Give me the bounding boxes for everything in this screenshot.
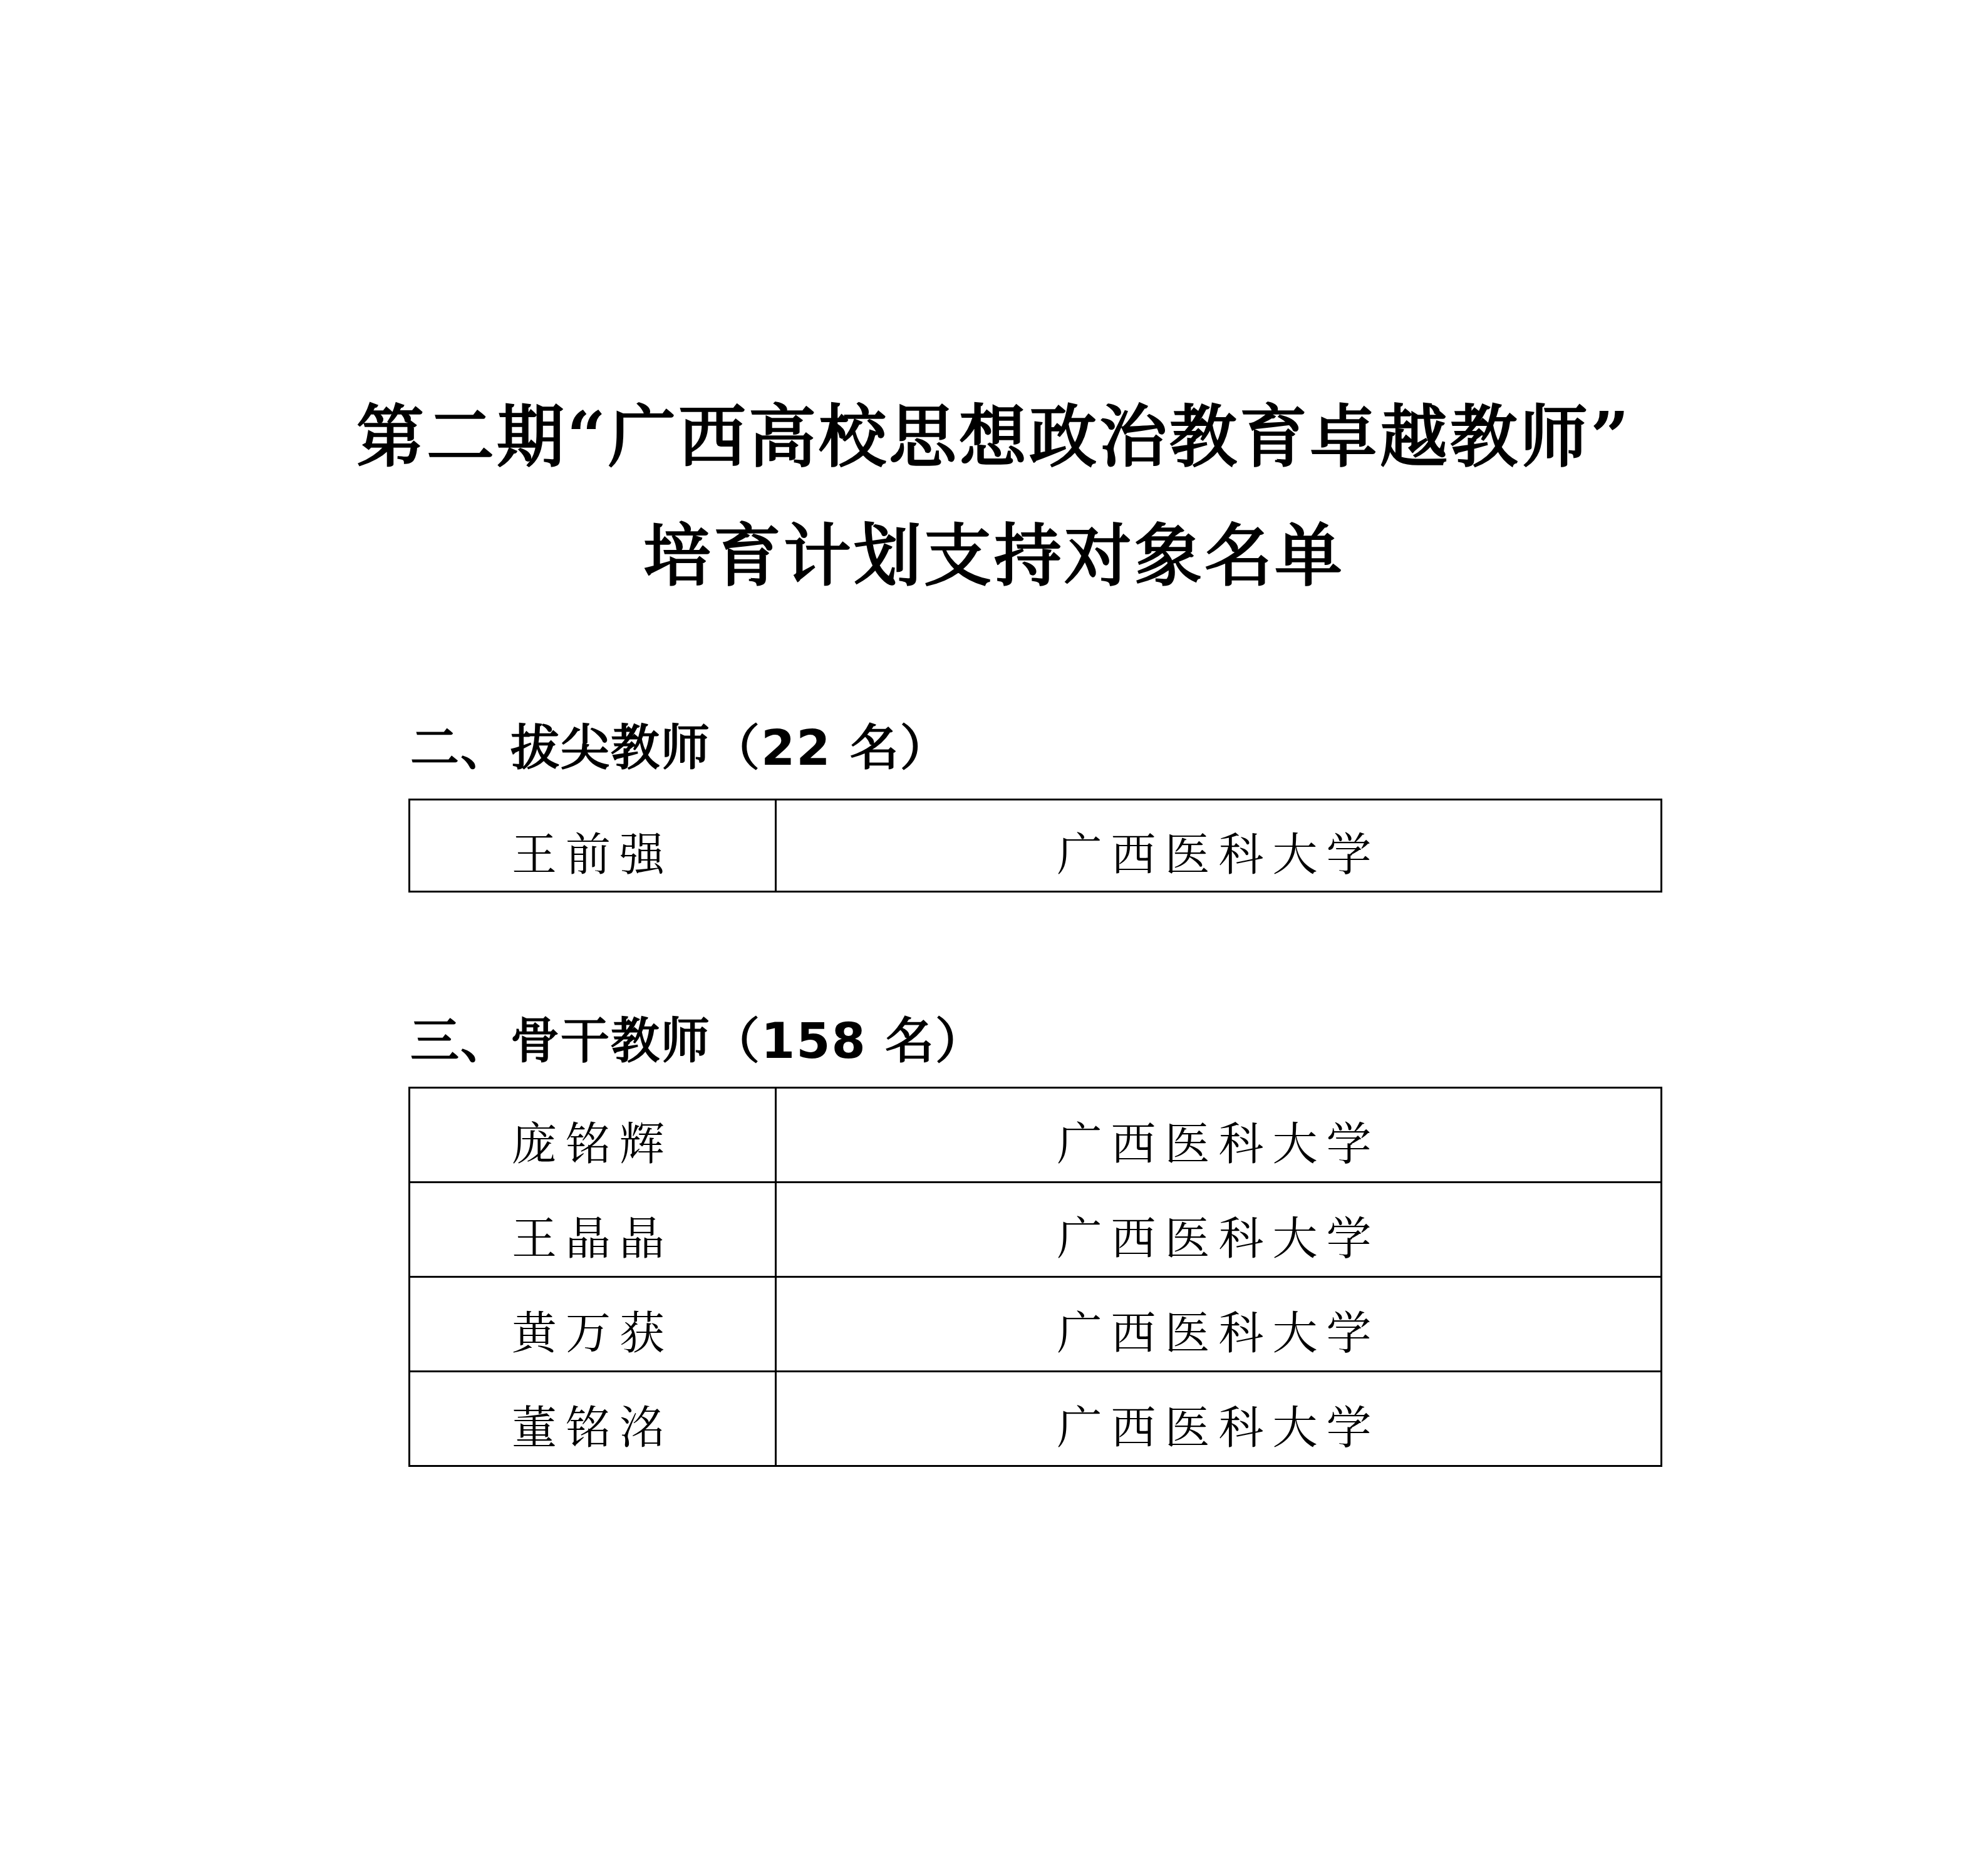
- teacher-name-cell: 王前强: [410, 800, 777, 891]
- section-heading-top-teachers: 二、拔尖教师（22 名）: [410, 720, 950, 777]
- teacher-name-cell: 王晶晶: [410, 1183, 777, 1276]
- institution-cell: 广西医科大学: [777, 1183, 1660, 1276]
- institution-cell: 广西医科大学: [777, 1372, 1660, 1465]
- section-heading-backbone-teachers: 三、骨干教师（158 名）: [410, 1013, 985, 1070]
- teacher-name-cell: 庞铭辉: [410, 1089, 777, 1181]
- document-title: 第二期“广西高校思想政治教育卓越教师” 培育计划支持对象名单: [0, 378, 1988, 616]
- document-page: 第二期“广西高校思想政治教育卓越教师” 培育计划支持对象名单 二、拔尖教师（22…: [0, 0, 1988, 1869]
- table-row: 黄万获 广西医科大学: [410, 1276, 1660, 1370]
- table-row: 王前强 广西医科大学: [410, 800, 1660, 891]
- institution-cell: 广西医科大学: [777, 1089, 1660, 1181]
- institution-cell: 广西医科大学: [777, 800, 1660, 891]
- institution-cell: 广西医科大学: [777, 1278, 1660, 1370]
- backbone-teachers-table: 庞铭辉 广西医科大学 王晶晶 广西医科大学 黄万获 广西医科大学 董铭洺 广西医…: [408, 1087, 1662, 1467]
- top-teachers-table: 王前强 广西医科大学: [408, 799, 1662, 893]
- table-row: 董铭洺 广西医科大学: [410, 1370, 1660, 1465]
- teacher-name-cell: 黄万获: [410, 1278, 777, 1370]
- table-row: 王晶晶 广西医科大学: [410, 1181, 1660, 1276]
- table-row: 庞铭辉 广西医科大学: [410, 1089, 1660, 1181]
- teacher-name-cell: 董铭洺: [410, 1372, 777, 1465]
- document-title-line-2: 培育计划支持对象名单: [0, 497, 1988, 616]
- document-title-line-1: 第二期“广西高校思想政治教育卓越教师”: [0, 378, 1988, 497]
